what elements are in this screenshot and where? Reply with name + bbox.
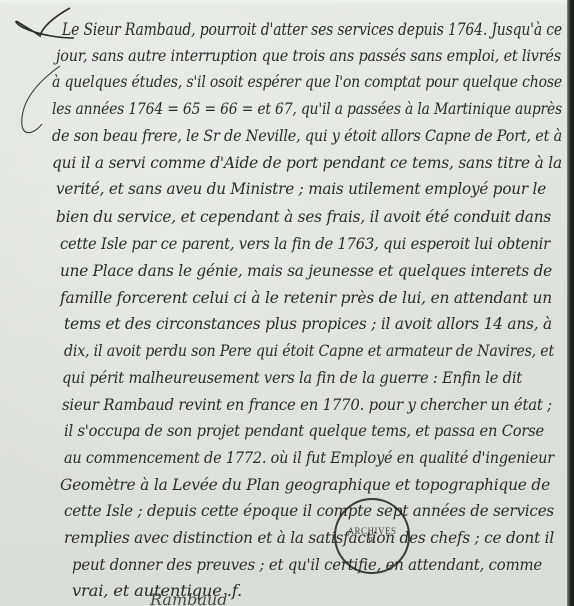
manuscript-line: dix, il avoit perdu son Pere qui étoit C… [64, 342, 554, 360]
archives-stamp: ARCHIVES IK [334, 498, 410, 574]
manuscript-line: famille forcerent celui ci à le retenir … [60, 289, 552, 307]
manuscript-line: de son beau frere, le Sr de Neville, qui… [52, 127, 562, 145]
binding-edge [567, 0, 574, 606]
manuscript-line: au commencement de 1772. où il fut Emplo… [64, 449, 554, 467]
signature: Rambaud [150, 590, 227, 606]
manuscript-line: Le Sieur Rambaud, pourroit d'atter ses s… [62, 20, 562, 39]
manuscript-line: peut donner des preuves ; et qu'il certi… [72, 556, 542, 574]
manuscript-line: une Place dans le génie, mais sa jeuness… [60, 262, 552, 280]
manuscript-line: remplies avec distinction et à la satisf… [64, 529, 554, 547]
manuscript-line: sieur Rambaud revint en france en 1770. … [62, 396, 552, 414]
manuscript-line: cette Isle ; depuis cette époque il comp… [64, 502, 554, 520]
manuscript-line: tems et des circonstances plus propices … [64, 315, 552, 333]
manuscript-line: qui il a servi comme d'Aide de port pend… [52, 154, 562, 172]
manuscript-line: à quelques études, s'il osoit espérer qu… [52, 73, 562, 91]
manuscript-page: Le Sieur Rambaud, pourroit d'atter ses s… [0, 0, 574, 606]
stamp-sub-label: IK [368, 537, 375, 545]
manuscript-text: Le Sieur Rambaud, pourroit d'atter ses s… [0, 0, 574, 606]
manuscript-line: bien du service, et cependant à ses frai… [56, 208, 551, 226]
manuscript-line: cette Isle par ce parent, vers la fin de… [60, 235, 550, 253]
manuscript-line: il s'occupa de son projet pendant quelqu… [64, 422, 544, 440]
manuscript-line: verité, et sans aveu du Ministre ; mais … [56, 180, 546, 198]
manuscript-line: jour, sans autre interruption que trois … [56, 47, 561, 65]
manuscript-line: qui périt malheureusement vers la fin de… [62, 369, 522, 387]
manuscript-line: Geomètre à la Levée du Plan geographique… [60, 476, 550, 494]
manuscript-line: les années 1764 = 65 = 66 = et 67, qu'il… [52, 100, 562, 118]
